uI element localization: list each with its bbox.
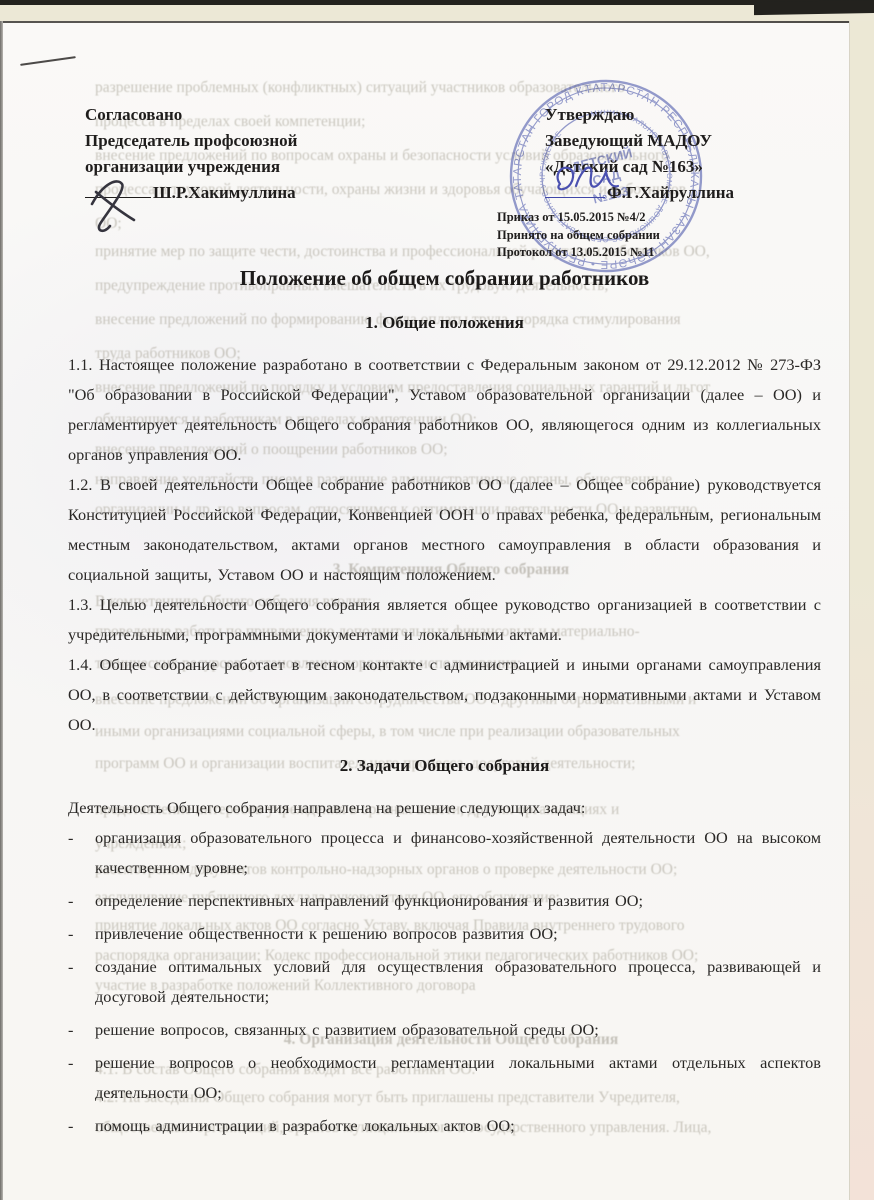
section2-bullet-list: - организация образовательного процесса … — [68, 823, 821, 1141]
scan-margin-top — [0, 5, 874, 21]
document-body: Положение об общем собрании работников 1… — [68, 266, 821, 1144]
bullet-dash: - — [68, 823, 95, 883]
bullet-text: помощь администрации в разработке локаль… — [95, 1111, 821, 1141]
scanned-document-page: разрешение проблемных (конфликтных) ситу… — [0, 0, 874, 1200]
section2-heading: 2. Задачи Общего собрания — [68, 756, 821, 776]
bullet-dash: - — [68, 1015, 95, 1045]
list-item: - привлечение общественности к решению в… — [68, 919, 821, 949]
handwritten-signature-right — [546, 158, 626, 200]
approval-left-line1: Согласовано — [85, 102, 297, 128]
scan-edge-left — [0, 21, 3, 1200]
list-item: - решение вопросов, связанных с развитие… — [68, 1015, 821, 1045]
list-item: - организация образовательного процесса … — [68, 823, 821, 883]
approval-right-name: Ф.Г.Хайруллина — [607, 183, 734, 202]
scan-edge-top-right-corner — [754, 0, 874, 15]
list-item: - определение перспективных направлений … — [68, 886, 821, 916]
bullet-dash: - — [68, 952, 95, 1012]
bullet-text: решение вопросов о необходимости регламе… — [95, 1048, 821, 1108]
paragraph: 1.3. Целью деятельности Общего собрания … — [68, 590, 821, 650]
paper-top-edge-shadow — [0, 21, 853, 23]
approval-right-line2: Заведующий МАДОУ — [545, 128, 857, 154]
bullet-dash: - — [68, 886, 95, 916]
list-item: - создание оптимальных условий для осуще… — [68, 952, 821, 1012]
section1-paragraphs: 1.1. Настоящее положение разработано в с… — [68, 350, 821, 740]
list-item: - помощь администрации в разработке лока… — [68, 1111, 821, 1141]
bullet-text: решение вопросов, связанных с развитием … — [95, 1015, 821, 1045]
order-detail-line: Приказ от 15.05.2015 №4/2 — [497, 209, 857, 227]
document-title: Положение об общем собрании работников — [68, 266, 821, 291]
list-item: - решение вопросов о необходимости регла… — [68, 1048, 821, 1108]
bullet-dash: - — [68, 919, 95, 949]
bullet-text: организация образовательного процесса и … — [95, 823, 821, 883]
order-details: Приказ от 15.05.2015 №4/2Принято на обще… — [497, 209, 857, 262]
paragraph: 1.1. Настоящее положение разработано в с… — [68, 350, 821, 470]
approval-left-name: Ш.Р.Хакимуллина — [153, 183, 296, 202]
approval-left-line2: Председатель профсоюзной — [85, 128, 297, 154]
bullet-text: определение перспективных направлений фу… — [95, 886, 821, 916]
bullet-dash: - — [68, 1111, 95, 1141]
bullet-text: создание оптимальных условий для осущест… — [95, 952, 821, 1012]
order-detail-line: Протокол от 13.05.2015 №11 — [497, 244, 857, 262]
section2-intro: Деятельность Общего собрания направлена … — [68, 793, 821, 823]
paragraph: 1.4. Общее собрание работает в тесном ко… — [68, 650, 821, 740]
approval-right-line1: Утверждаю — [545, 102, 857, 128]
order-detail-line: Принято на общем собрании — [497, 227, 857, 245]
section1-heading: 1. Общие положения — [68, 313, 821, 333]
handwritten-signature-left — [84, 162, 174, 237]
scan-margin-right — [850, 21, 874, 1200]
paragraph: 1.2. В своей деятельности Общее собрание… — [68, 470, 821, 590]
bullet-text: привлечение общественности к решению воп… — [95, 919, 821, 949]
bullet-dash: - — [68, 1048, 95, 1108]
